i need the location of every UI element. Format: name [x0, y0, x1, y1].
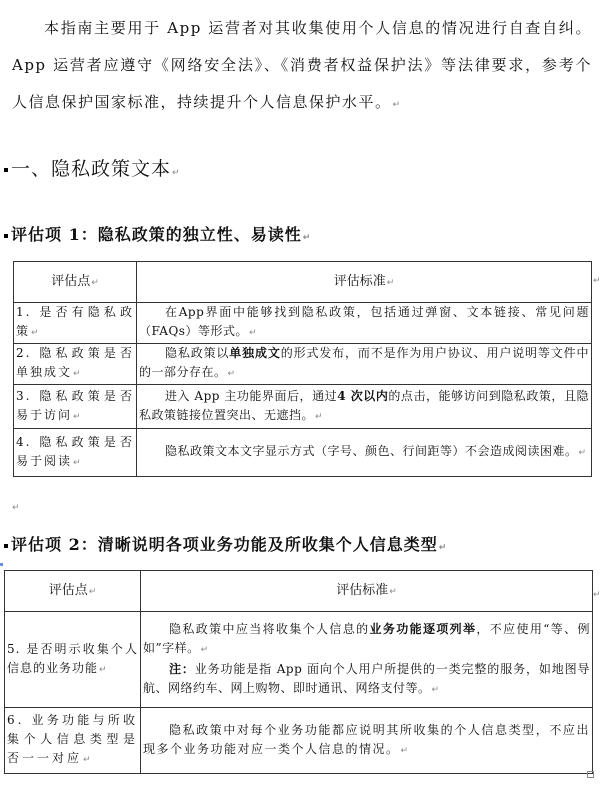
row-end-mark: ↵ [593, 590, 600, 600]
section-heading: 一、隐私政策文本↵ [4, 154, 181, 181]
paragraph-mark: ↵ [172, 168, 181, 178]
table-row: 2. 隐私政策是否单独成文↵ 隐私政策以单独成文的形式发布，而不是作为用户协议、… [14, 344, 592, 385]
point-cell: 6. 业务功能与所收集个人信息类型是否一一对应↵ [5, 708, 141, 774]
intro-paragraph: 本指南主要用于 App 运营者对其收集使用个人信息的情况进行自查自纠。App 运… [12, 10, 592, 124]
item2-title: 评估项 2：清晰说明各项业务功能及所收集个人信息类型 [11, 535, 438, 554]
table-move-handle[interactable] [0, 563, 3, 566]
table-row: 3. 隐私政策是否易于访问↵ 进入 App 主功能界面后，通过4 次以内的点击，… [14, 385, 592, 429]
standard-cell: 在App界面中能够找到隐私政策，包括通过弹窗、文本链接、常见问题（FAQs）等形… [137, 303, 592, 344]
paragraph-mark: ↵ [12, 503, 20, 513]
item1-heading: 评估项 1：隐私政策的独立性、易读性↵ [4, 222, 311, 245]
paragraph-mark: ↵ [439, 543, 448, 553]
end-of-table-mark [587, 771, 594, 778]
standard-cell: 隐私政策中应当将收集个人信息的业务功能逐项列举，不应使用“等、例如”字样。↵ 注… [141, 612, 593, 708]
point-cell: 4. 隐私政策是否易于阅读↵ [14, 429, 137, 477]
item2-table: 评估点↵ 评估标准↵ 5. 是否明示收集个人信息的业务功能↵ 隐私政策中应当将收… [4, 570, 593, 774]
intro-text: 本指南主要用于 App 运营者对其收集使用个人信息的情况进行自查自纠。App 运… [12, 19, 592, 111]
table-row: 4. 隐私政策是否易于阅读↵ 隐私政策文本文字显示方式（字号、颜色、行间距等）不… [14, 429, 592, 477]
header-cell: 评估点↵ [5, 571, 141, 612]
row-end-mark: ↵ [593, 276, 600, 286]
table-header-row: 评估点↵ 评估标准↵ [5, 571, 593, 612]
table-row: 1. 是否有隐私政策↵ 在App界面中能够找到隐私政策，包括通过弹窗、文本链接、… [14, 303, 592, 344]
header-cell: 评估标准↵ [141, 571, 593, 612]
point-cell: 1. 是否有隐私政策↵ [14, 303, 137, 344]
header-cell: 评估标准↵ [137, 262, 592, 303]
bullet-icon [4, 544, 8, 548]
point-cell: 5. 是否明示收集个人信息的业务功能↵ [5, 612, 141, 708]
standard-cell: 进入 App 主功能界面后，通过4 次以内的点击，能够访问到隐私政策，且隐私政策… [137, 385, 592, 429]
point-cell: 2. 隐私政策是否单独成文↵ [14, 344, 137, 385]
point-cell: 3. 隐私政策是否易于访问↵ [14, 385, 137, 429]
paragraph-mark: ↵ [303, 233, 312, 243]
table-row: 5. 是否明示收集个人信息的业务功能↵ 隐私政策中应当将收集个人信息的业务功能逐… [5, 612, 593, 708]
standard-cell: 隐私政策中对每个业务功能都应说明其所收集的个人信息类型，不应出现多个业务功能对应… [141, 708, 593, 774]
bullet-icon [4, 168, 8, 172]
header-cell: 评估点↵ [14, 262, 137, 303]
section-title: 一、隐私政策文本 [11, 158, 171, 180]
table-row: 6. 业务功能与所收集个人信息类型是否一一对应↵ 隐私政策中对每个业务功能都应说… [5, 708, 593, 774]
bullet-icon [4, 234, 8, 238]
paragraph-mark: ↵ [393, 100, 402, 110]
standard-cell: 隐私政策以单独成文的形式发布，而不是作为用户协议、用户说明等文件中的一部分存在。… [137, 344, 592, 385]
standard-cell: 隐私政策文本文字显示方式（字号、颜色、行间距等）不会造成阅读困难。↵ [137, 429, 592, 477]
item2-heading: 评估项 2：清晰说明各项业务功能及所收集个人信息类型↵ [4, 532, 447, 555]
item1-title: 评估项 1：隐私政策的独立性、易读性 [11, 225, 302, 244]
table-header-row: 评估点↵ 评估标准↵ [14, 262, 592, 303]
item1-table: 评估点↵ 评估标准↵ 1. 是否有隐私政策↵ 在App界面中能够找到隐私政策，包… [13, 261, 592, 477]
